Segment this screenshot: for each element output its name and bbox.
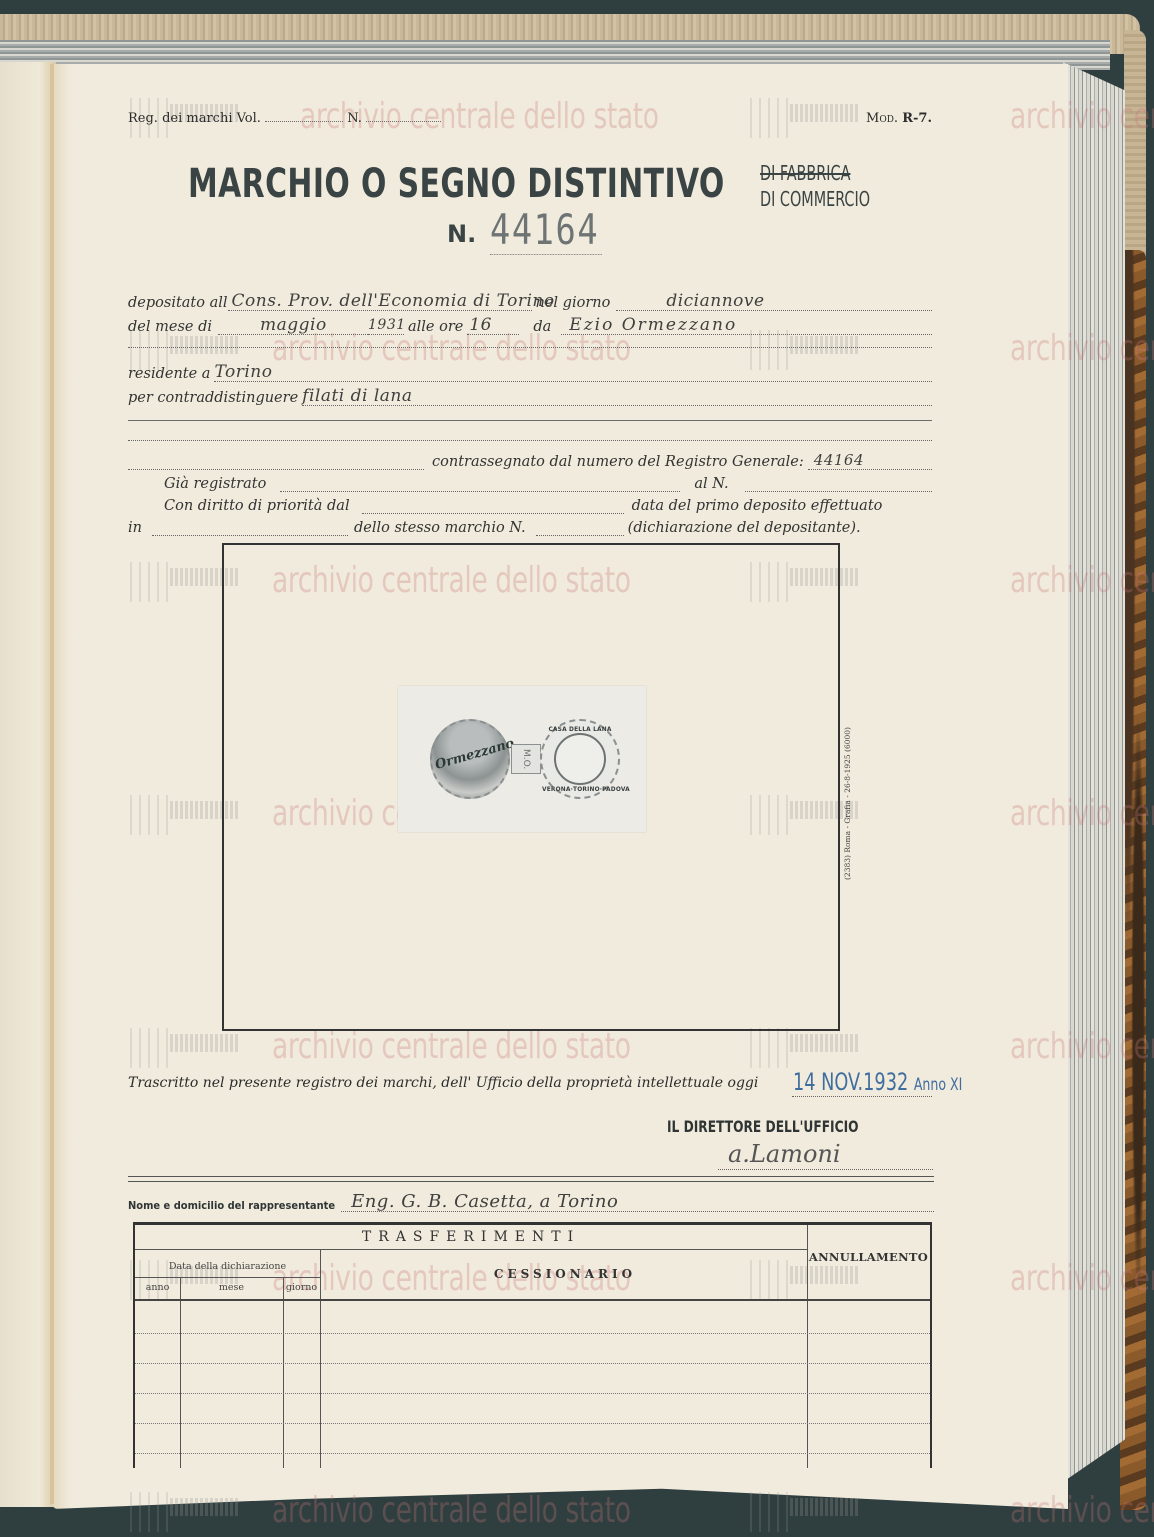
al-n-field [745,474,932,492]
deposit-row-8: in dello stesso marchio N. (dichiarazion… [128,514,932,536]
mark-type-struck: DI FABBRICA [760,160,870,186]
col-giorno: giorno [283,1282,320,1293]
representative-label: Nome e domicilio del rappresentante [128,1199,335,1212]
col-mese: mese [180,1282,283,1293]
rule [128,420,932,421]
goods-field: filati di lana [302,388,932,406]
mark-number: 44164 [490,205,602,255]
deposit-row-4: per contraddistinguere filati di lana [128,384,932,406]
page-stack-right [1063,62,1125,1482]
deposit-row-7: Con diritto di priorità dal data del pri… [128,492,932,514]
transfers-title: TRASFERIMENTI [135,1229,807,1245]
deposit-row-3: residente a Torino [128,360,932,382]
casa-della-lana-seal: CASA DELLA LANA VERONA·TORINO·PADOVA [540,719,620,799]
annullamento-header: ANNULLAMENTO [807,1250,930,1264]
date-stamp: 14 NOV.1932 Anno XI [793,1068,962,1096]
mark-type-selected: DI COMMERCIO [760,186,870,212]
registro-generale-field: 44164 [808,452,932,470]
deposit-row-6: Già registrato al N. [128,470,932,492]
date-header: Data della dichiarazione [135,1261,320,1272]
depositato-field: Cons. Prov. dell'Economia di Torino [228,293,532,311]
cessionario-header: CESSIONARIO [323,1267,807,1281]
stesso-marchio-field [536,518,624,536]
table-row [135,1333,930,1334]
depositor-field: Ezio Ormezzano [561,317,932,335]
year-field: 1931 [368,317,404,335]
blank-line [128,347,932,348]
deposit-row-2: del mese di maggio 1931 alle ore 16 da E… [128,313,932,335]
reg-n-label: N. [347,111,362,126]
table-row [135,1453,930,1454]
blank-line [128,440,932,441]
deposit-row-5: contrassegnato dal numero del Registro G… [128,448,932,470]
priorita-field [362,496,624,514]
transcription-label: Trascritto nel presente registro dei mar… [128,1075,758,1091]
facing-page-left [0,62,56,1507]
representative-row: Nome e domicilio del rappresentante Eng.… [128,1190,934,1212]
director-label: IL DIRETTORE DELL'UFFICIO [667,1117,859,1136]
page-gutter [50,64,54,1504]
director-signature: a.Lamoni [718,1138,933,1170]
residence-field: Torino [214,364,932,382]
brand-name: Ormezzano [434,736,516,773]
mark-number-label: N. [447,220,476,248]
trademark-specimen: Ormezzano M.O. CASA DELLA LANA VERONA·TO… [398,686,646,832]
stamp-anno: Anno XI [914,1075,962,1095]
transfers-table: TRASFERIMENTI ANNULLAMENTO Data della di… [133,1222,932,1468]
table-row [135,1393,930,1394]
register-volume-field: Reg. dei marchi Vol. N. [128,111,441,126]
table-row [135,1423,930,1424]
giorno-field: diciannove [616,293,932,311]
mark-type-options: DI FABBRICA DI COMMERCIO [760,160,870,212]
section-divider [128,1176,934,1182]
table-row [135,1363,930,1364]
register-header: Reg. dei marchi Vol. N. Mod. R-7. [128,111,932,126]
page-title: MARCHIO O SEGNO DISTINTIVO [188,161,725,207]
sheep-emblem: Ormezzano [430,719,510,799]
printer-note: (2383) Roma - Grafia - 26-8-1925 (6000) [843,690,855,880]
gia-registrato-field [280,474,680,492]
seal-center [554,733,606,785]
form-model: Mod. R-7. [866,111,932,126]
mese-field: maggio [218,317,368,335]
representative-field: Eng. G. B. Casetta, a Torino [341,1194,934,1212]
ore-field: 16 [467,317,519,335]
stamp-date: 14 NOV.1932 [793,1068,908,1096]
col-anno: anno [135,1282,180,1293]
deposit-row-1: depositato all Cons. Prov. dell'Economia… [128,289,932,311]
mo-monogram: M.O. [511,744,541,774]
in-field [152,518,348,536]
reg-label: Reg. dei marchi Vol. [128,111,261,126]
